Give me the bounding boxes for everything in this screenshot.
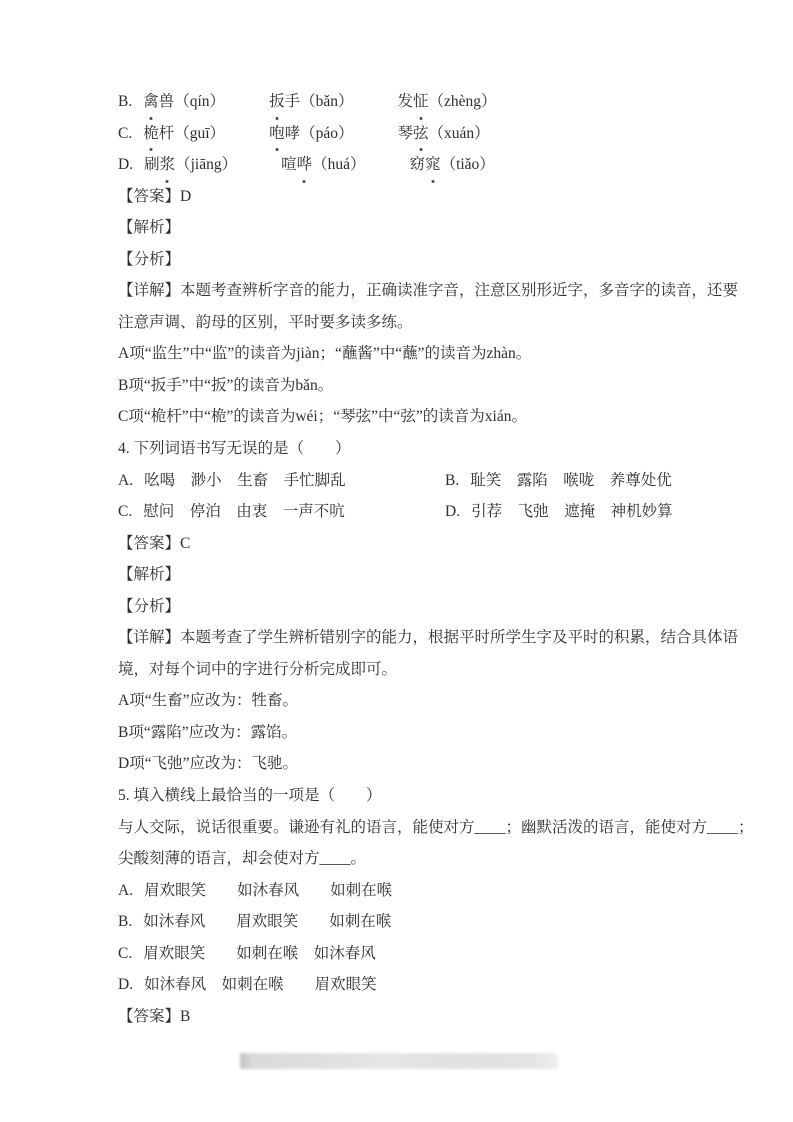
emphasized-char: 桅: [143, 118, 159, 150]
pinyin: （zhèng）: [429, 93, 497, 110]
q5-option-d: D.如沐春风 如刺在喉 眉欢眼笑: [118, 969, 693, 1001]
watermark-bar: [240, 1053, 558, 1069]
emphasized-char: 哗: [297, 149, 313, 181]
answer-prefix: 【答案】: [118, 535, 180, 552]
char: 发: [397, 93, 413, 110]
q4-options-row-2: C.慰问 停泊 由衷 一声不吭D.引荐 飞弛 遮掩 神机妙算: [118, 496, 693, 528]
option-label: A.: [118, 465, 133, 497]
q5-title: 5. 填入横线上最恰当的一项是（ ）: [118, 780, 693, 812]
emphasized-char: 浆: [160, 149, 176, 181]
option-label: C.: [118, 118, 132, 150]
option-text: 眉欢眼笑 如沐春风 如刺在喉: [144, 882, 392, 899]
char: 杆: [159, 125, 175, 142]
option-label: D.: [445, 496, 460, 528]
q3-note-b: B项“扳手”中“扳”的读音为bǎn。: [118, 370, 693, 402]
q4-answer-line: 【答案】C: [118, 528, 693, 560]
word-with-pinyin: 刷浆（jiāng）: [144, 149, 237, 181]
word-with-pinyin: 琴弦（xuán）: [397, 118, 489, 150]
char: 手: [285, 93, 301, 110]
q3-detail-line-2: 注意声调、韵母的区别，平时要多读多练。: [118, 307, 693, 339]
q4-option: B.耻笑 露陷 喉咙 养尊处优: [445, 465, 672, 497]
q3-note-c: C项“桅杆”中“桅”的读音为wéi；“琴弦”中“弦”的读音为xián。: [118, 401, 693, 433]
q5-answer-line: 【答案】B: [118, 1001, 693, 1033]
option-label: C.: [118, 938, 132, 970]
q4-note-d: D项“飞弛”应改为：飞驰。: [118, 748, 693, 780]
option-text: 耻笑 露陷 喉咙 养尊处优: [470, 472, 672, 489]
word-with-pinyin: 扳手（bǎn）: [269, 86, 353, 118]
answer-prefix: 【答案】: [118, 1008, 180, 1025]
char: 窈: [410, 156, 426, 173]
option-text: 引荐 飞弛 遮掩 神机妙算: [471, 503, 673, 520]
q3-option-d: D.刷浆（jiāng）喧哗（huá）窈窕（tiǎo）: [118, 149, 693, 181]
q4-option: A.吆喝 渺小 生畜 手忙脚乱: [118, 465, 445, 497]
pinyin: （qín）: [174, 93, 225, 110]
q3-note-a: A项“监生”中“监”的读音为jiàn；“蘸酱”中“蘸”的读音为zhàn。: [118, 338, 693, 370]
q4-options-row-1: A.吆喝 渺小 生畜 手忙脚乱B.耻笑 露陷 喉咙 养尊处优: [118, 465, 693, 497]
answer-value: C: [180, 535, 190, 552]
word-with-pinyin: 发怔（zhèng）: [397, 86, 496, 118]
q3-answer-line: 【答案】D: [118, 181, 693, 213]
q5-stem-line-1: 与人交际，说话很重要。谦逊有礼的语言，能使对方____；幽默活泼的语言，能使对方…: [118, 812, 693, 844]
option-text: 如沐春风 眉欢眼笑 如刺在喉: [143, 913, 391, 930]
emphasized-char: 弦: [413, 118, 429, 150]
char: 刷: [144, 156, 160, 173]
q4-analysis-label: 【解析】: [118, 559, 693, 591]
pinyin: （tiǎo）: [441, 156, 495, 173]
q5-option-b: B.如沐春风 眉欢眼笑 如刺在喉: [118, 906, 693, 938]
q5-option-c: C.眉欢眼笑 如刺在喉 如沐春风: [118, 938, 693, 970]
char: 琴: [397, 125, 413, 142]
emphasized-char: 禽: [143, 86, 159, 118]
answer-value: D: [180, 188, 191, 205]
emphasized-char: 怔: [413, 86, 429, 118]
q4-detail-line-2: 境，对每个词中的字进行分析完成即可。: [118, 654, 693, 686]
option-label: C.: [118, 496, 132, 528]
option-text: 如沐春风 如刺在喉 眉欢眼笑: [144, 976, 377, 993]
option-text: 慰问 停泊 由衷 一声不吭: [143, 503, 345, 520]
q4-title: 4. 下列词语书写无误的是（ ）: [118, 433, 693, 465]
option-text: 眉欢眼笑 如刺在喉 如沐春风: [143, 945, 376, 962]
answer-value: B: [180, 1008, 190, 1025]
pinyin: （páo）: [300, 125, 353, 142]
q3-option-b: B.禽兽（qín）扳手（bǎn）发怔（zhèng）: [118, 86, 693, 118]
q3-detail-line-1: 【详解】本题考查辨析字音的能力，正确读准字音，注意区别形近字，多音字的读音，还要: [118, 275, 693, 307]
char: 兽: [159, 93, 175, 110]
option-label: A.: [118, 875, 133, 907]
q3-review-label: 【分析】: [118, 244, 693, 276]
option-label: B.: [118, 906, 132, 938]
answer-prefix: 【答案】: [118, 188, 180, 205]
pinyin: （huá）: [312, 156, 365, 173]
pinyin: （guī）: [174, 125, 225, 142]
char: 哮: [285, 125, 301, 142]
q5-option-a: A.眉欢眼笑 如沐春风 如刺在喉: [118, 875, 693, 907]
exam-answer-sheet: B.禽兽（qín）扳手（bǎn）发怔（zhèng） C.桅杆（guī）咆哮（pá…: [0, 0, 793, 1032]
word-with-pinyin: 喧哗（huá）: [281, 149, 365, 181]
q4-review-label: 【分析】: [118, 591, 693, 623]
q3-option-c: C.桅杆（guī）咆哮（páo）琴弦（xuán）: [118, 118, 693, 150]
option-text: 吆喝 渺小 生畜 手忙脚乱: [144, 472, 346, 489]
option-label: B.: [118, 86, 132, 118]
emphasized-char: 窕: [425, 149, 441, 181]
emphasized-char: 扳: [269, 86, 285, 118]
emphasized-char: 咆: [269, 118, 285, 150]
option-label: D.: [118, 149, 133, 181]
pinyin: （jiāng）: [175, 156, 237, 173]
q4-note-b: B项“露陷”应改为：露馅。: [118, 717, 693, 749]
q4-option: C.慰问 停泊 由衷 一声不吭: [118, 496, 445, 528]
word-with-pinyin: 桅杆（guī）: [143, 118, 225, 150]
word-with-pinyin: 咆哮（páo）: [269, 118, 353, 150]
word-with-pinyin: 禽兽（qín）: [143, 86, 225, 118]
q5-stem-line-2: 尖酸刻薄的语言，却会使对方____。: [118, 843, 693, 875]
pinyin: （bǎn）: [300, 93, 353, 110]
q4-option: D.引荐 飞弛 遮掩 神机妙算: [445, 496, 673, 528]
option-label: D.: [118, 969, 133, 1001]
word-with-pinyin: 窈窕（tiǎo）: [410, 149, 495, 181]
q4-note-a: A项“生畜”应改为：牲畜。: [118, 685, 693, 717]
char: 喧: [281, 156, 297, 173]
q3-analysis-label: 【解析】: [118, 212, 693, 244]
pinyin: （xuán）: [429, 125, 490, 142]
q4-detail-line-1: 【详解】本题考查了学生辨析错别字的能力，根据平时所学生字及平时的积累，结合具体语: [118, 622, 693, 654]
option-label: B.: [445, 465, 459, 497]
